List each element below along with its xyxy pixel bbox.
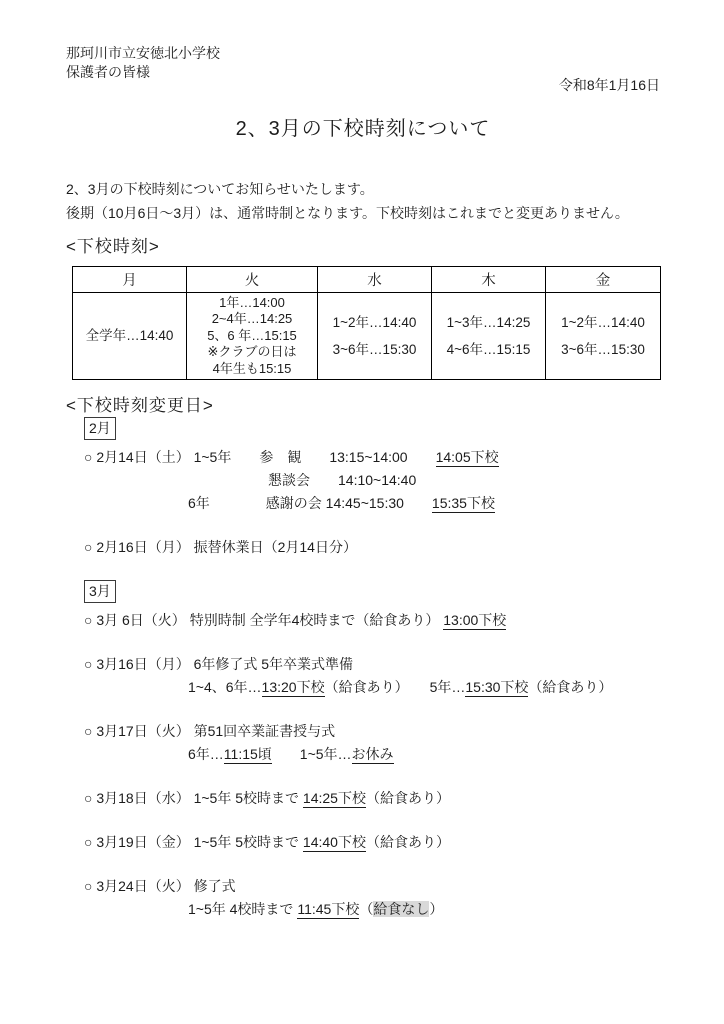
month-label: 3月: [84, 580, 116, 603]
text-segment: （給食あり）: [366, 790, 450, 806]
table-cell-line: 1年…14:00: [187, 295, 317, 312]
text-segment: （給食あり）: [325, 679, 430, 695]
text-segment: 1~5年 4校時まで: [188, 901, 297, 917]
table-cell-line: 5、6 年…15:15: [187, 328, 317, 345]
table-body-row: 全学年…14:40 1年…14:002~4年…14:255、6 年…15:15※…: [73, 293, 661, 380]
text-segment: 懇談会 14:10~14:40: [268, 472, 416, 488]
text-segment: 1~4、6年…: [188, 679, 262, 695]
event-line: ○ 3月19日（金） 1~5年 5校時まで 14:40下校（給食あり）: [84, 831, 660, 854]
text-segment: ○ 2月14日（土） 1~5年 参 観 13:15~14:00: [84, 449, 436, 465]
underlined-text: お休み: [352, 746, 394, 764]
text-segment: [272, 746, 300, 762]
table-cell-line: 1~2年…14:40: [546, 309, 660, 336]
intro-line-2: 後期（10月6日～3月）は、通常時制となります。下校時刻はこれまでと変更ありませ…: [66, 201, 660, 225]
event-line: ○ 3月16日（月） 6年修了式 5年卒業式準備: [84, 653, 660, 676]
table-header-thu: 木: [432, 267, 546, 293]
text-segment: （給食あり）: [528, 679, 612, 695]
month-label: 2月: [84, 417, 116, 440]
text-segment: 6年 感謝の会 14:45~15:30: [188, 495, 432, 511]
event-item: ○ 3月17日（火） 第51回卒業証書授与式6年…11:15頃 1~5年…お休み: [84, 720, 660, 766]
underlined-text: 14:05下校: [436, 449, 499, 467]
event-line: 懇談会 14:10~14:40: [84, 469, 660, 492]
event-line: 6年 感謝の会 14:45~15:30 15:35下校: [84, 492, 660, 515]
underlined-text: 15:30下校: [465, 679, 528, 697]
table-header-tue: 火: [187, 267, 318, 293]
event-item: ○ 3月24日（火） 修了式1~5年 4校時まで 11:45下校（給食なし）: [84, 875, 660, 921]
table-header-row: 月 火 水 木 金: [73, 267, 661, 293]
schedule-heading: <下校時刻>: [66, 235, 660, 258]
text-segment: ○ 3月17日（火） 第51回卒業証書授与式: [84, 723, 335, 739]
event-item: ○ 3月16日（月） 6年修了式 5年卒業式準備1~4、6年…13:20下校（給…: [84, 653, 660, 699]
text-segment: ○ 3月 6日（火） 特別時制 全学年4校時まで（給食あり）: [84, 612, 443, 628]
event-item: ○ 3月 6日（火） 特別時制 全学年4校時まで（給食あり） 13:00下校: [84, 609, 660, 632]
changes-heading: <下校時刻変更日>: [66, 394, 660, 417]
event-item: ○ 2月14日（土） 1~5年 参 観 13:15~14:00 14:05下校懇…: [84, 446, 660, 515]
table-header-fri: 金: [546, 267, 661, 293]
text-segment: ○ 3月24日（火） 修了式: [84, 878, 236, 894]
dismissal-times-table: 月 火 水 木 金 全学年…14:40 1年…14:002~4年…14:255、…: [72, 266, 661, 380]
table-cell-line: 3~6年…15:30: [318, 336, 431, 363]
text-segment: ○ 3月16日（月） 6年修了式 5年卒業式準備: [84, 656, 353, 672]
intro-line-1: 2、3月の下校時刻についてお知らせいたします。: [66, 177, 660, 201]
table-cell-line: 4年生も15:15: [187, 361, 317, 378]
event-line: 1~5年 4校時まで 11:45下校（給食なし）: [84, 898, 660, 921]
page-title: 2、3月の下校時刻について: [66, 112, 660, 141]
table-cell-line: 1~3年…14:25: [432, 309, 545, 336]
underlined-text: 13:20下校: [262, 679, 325, 697]
intro-paragraph: 2、3月の下校時刻についてお知らせいたします。 後期（10月6日～3月）は、通常…: [66, 177, 660, 225]
table-cell-line: 3~6年…15:30: [546, 336, 660, 363]
underlined-text: 13:00下校: [443, 612, 506, 630]
table-header-mon: 月: [73, 267, 187, 293]
text-segment: ○ 3月19日（金） 1~5年 5校時まで: [84, 834, 303, 850]
issue-date: 令和8年1月16日: [66, 76, 660, 94]
text-segment: ）: [429, 901, 443, 917]
school-name: 那珂川市立安徳北小学校: [66, 44, 660, 63]
text-segment: （給食あり）: [366, 834, 450, 850]
underlined-text: 11:45下校: [297, 901, 359, 919]
event-item: ○ 3月18日（水） 1~5年 5校時まで 14:25下校（給食あり）: [84, 787, 660, 810]
event-line: ○ 3月24日（火） 修了式: [84, 875, 660, 898]
event-line: 6年…11:15頃 1~5年…お休み: [84, 743, 660, 766]
table-cell-line: 全学年…14:40: [73, 326, 186, 346]
changes-list: 2月○ 2月14日（土） 1~5年 参 観 13:15~14:00 14:05下…: [66, 417, 660, 921]
table-cell-line: 4~6年…15:15: [432, 336, 545, 363]
underlined-text: 14:25下校: [303, 790, 366, 808]
event-line: ○ 2月14日（土） 1~5年 参 観 13:15~14:00 14:05下校: [84, 446, 660, 469]
underlined-text: 11:15頃: [224, 746, 272, 764]
table-cell-line: 1~2年…14:40: [318, 309, 431, 336]
event-line: ○ 3月17日（火） 第51回卒業証書授与式: [84, 720, 660, 743]
table-cell-mon: 全学年…14:40: [73, 293, 187, 380]
table-cell-line: 2~4年…14:25: [187, 311, 317, 328]
event-line: ○ 2月16日（月） 振替休業日（2月14日分）: [84, 536, 660, 559]
table-cell-fri: 1~2年…14:403~6年…15:30: [546, 293, 661, 380]
table-header-wed: 水: [318, 267, 432, 293]
underlined-text: 15:35下校: [432, 495, 495, 513]
text-segment: ○ 2月16日（月） 振替休業日（2月14日分）: [84, 539, 357, 555]
table-cell-tue: 1年…14:002~4年…14:255、6 年…15:15※クラブの日は4年生も…: [187, 293, 318, 380]
highlighted-text: 給食なし: [373, 901, 429, 917]
text-segment: 6年…: [188, 746, 224, 762]
text-segment: 1~5年…: [300, 746, 352, 762]
table-cell-thu: 1~3年…14:254~6年…15:15: [432, 293, 546, 380]
table-cell-wed: 1~2年…14:403~6年…15:30: [318, 293, 432, 380]
text-segment: ○ 3月18日（水） 1~5年 5校時まで: [84, 790, 303, 806]
table-cell-line: ※クラブの日は: [187, 344, 317, 361]
event-item: ○ 3月19日（金） 1~5年 5校時まで 14:40下校（給食あり）: [84, 831, 660, 854]
event-line: ○ 3月 6日（火） 特別時制 全学年4校時まで（給食あり） 13:00下校: [84, 609, 660, 632]
text-segment: 5年…: [430, 679, 466, 695]
event-line: 1~4、6年…13:20下校（給食あり） 5年…15:30下校（給食あり）: [84, 676, 660, 699]
underlined-text: 14:40下校: [303, 834, 366, 852]
notice-page: 那珂川市立安徳北小学校 保護者の皆様 令和8年1月16日 2、3月の下校時刻につ…: [0, 0, 724, 1024]
event-line: ○ 3月18日（水） 1~5年 5校時まで 14:25下校（給食あり）: [84, 787, 660, 810]
event-item: ○ 2月16日（月） 振替休業日（2月14日分）: [84, 536, 660, 559]
text-segment: （: [359, 901, 373, 917]
